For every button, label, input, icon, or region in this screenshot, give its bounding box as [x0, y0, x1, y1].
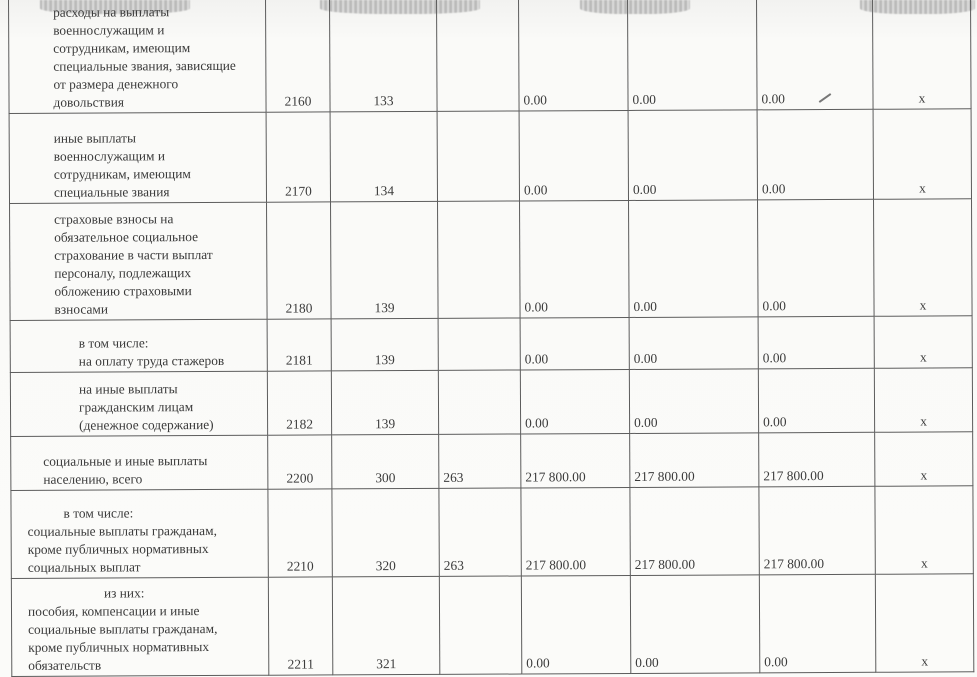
- row-amount-1: 0.00: [520, 369, 629, 434]
- row-analytic-code: [438, 201, 521, 318]
- description-line: сотрудникам, имеющим: [14, 165, 262, 184]
- row-mark: x: [874, 199, 973, 316]
- description-line: страховые взносы на: [14, 210, 262, 229]
- description-line: пособия, компенсации и иные: [16, 602, 264, 621]
- row-amount-3: 0.00: [758, 316, 874, 369]
- description-line: в том числе:: [15, 504, 263, 523]
- description-line: взносами: [14, 300, 262, 319]
- scanned-page: расходы на выплатывоеннослужащим исотруд…: [0, 0, 977, 677]
- description-line: специальные звания: [14, 183, 262, 202]
- table-row: в том числе:на оплату труда стажеров 218…: [10, 316, 972, 373]
- row-kosgu-code: 133: [329, 0, 437, 112]
- row-amount-3: 217 800.00: [759, 432, 875, 487]
- row-amount-1: 217 800.00: [521, 433, 630, 488]
- description-line: от размера денежного: [13, 75, 261, 94]
- row-amount-1: 0.00: [518, 0, 628, 111]
- row-analytic-code: 263: [439, 434, 521, 488]
- row-amount-2: 0.00: [628, 110, 757, 201]
- row-kosgu-code: 300: [332, 434, 439, 489]
- row-amount-2: 217 800.00: [630, 487, 759, 576]
- description-line: страхование в части выплат: [14, 246, 262, 265]
- row-amount-2: 0.00: [627, 0, 757, 110]
- row-line-code: 2160: [265, 0, 330, 112]
- row-description: на иные выплатыгражданским лицам(денежно…: [10, 371, 267, 436]
- description-line: обложению страховыми: [14, 282, 262, 301]
- row-amount-1: 217 800.00: [521, 487, 630, 576]
- row-amount-3: 0.00: [759, 574, 875, 673]
- description-line: из них:: [16, 584, 264, 603]
- row-line-code: 2181: [267, 319, 331, 371]
- financial-plan-table: расходы на выплатывоеннослужащим исотруд…: [8, 0, 974, 677]
- row-kosgu-code: 139: [331, 201, 439, 319]
- description-line: кроме публичных нормативных: [16, 540, 264, 559]
- row-description: в том числе:на оплату труда стажеров: [10, 319, 267, 372]
- row-analytic-code: [439, 576, 521, 674]
- row-kosgu-code: 139: [331, 370, 438, 435]
- row-line-code: 2211: [268, 577, 332, 675]
- description-line: на оплату труда стажеров: [15, 352, 263, 371]
- description-line: социальные выплаты гражданам,: [16, 522, 264, 541]
- table-row: социальные и иные выплатынаселению, всег…: [11, 432, 973, 491]
- row-amount-3: 0.00: [757, 109, 873, 200]
- description-line: персоналу, подлежащих: [14, 264, 262, 283]
- row-amount-2: 0.00: [630, 575, 759, 674]
- description-line: (денежное содержание): [15, 416, 263, 435]
- row-amount-3: 217 800.00: [759, 486, 875, 575]
- row-amount-3: 0.00: [756, 0, 873, 110]
- row-amount-1: 0.00: [519, 110, 628, 201]
- row-description: из них:пособия, компенсации и иныесоциал…: [11, 577, 268, 676]
- table-row: на иные выплатыгражданским лицам(денежно…: [10, 368, 972, 437]
- description-line: кроме публичных нормативных: [16, 638, 264, 657]
- row-analytic-code: [438, 370, 520, 434]
- row-amount-2: 0.00: [629, 317, 758, 370]
- row-mark: x: [875, 432, 973, 486]
- description-line: военнослужащим и: [14, 147, 262, 166]
- description-line: обязательств: [16, 656, 264, 675]
- row-mark: x: [875, 486, 973, 574]
- row-description: расходы на выплатывоеннослужащим исотруд…: [9, 0, 267, 113]
- row-mark: x: [875, 574, 973, 672]
- row-amount-2: 217 800.00: [630, 433, 759, 488]
- description-line: в том числе:: [15, 334, 263, 353]
- row-analytic-code: [438, 318, 520, 370]
- description-line: обязательное социальное: [14, 228, 262, 247]
- description-line: населению, всего: [15, 470, 263, 489]
- row-description: страховые взносы наобязательное социальн…: [10, 202, 268, 320]
- description-line: военнослужащим и: [13, 21, 261, 40]
- row-description: социальные и иные выплатынаселению, всег…: [11, 435, 268, 490]
- table-row: из них:пособия, компенсации и иныесоциал…: [11, 574, 973, 677]
- description-line: на иные выплаты: [15, 380, 263, 399]
- description-line: специальные звания, зависящие: [13, 57, 261, 76]
- row-description: иные выплатывоеннослужащим исотрудникам,…: [9, 112, 266, 203]
- row-line-code: 2170: [266, 112, 330, 202]
- row-kosgu-code: 321: [332, 576, 439, 675]
- row-amount-2: 0.00: [629, 369, 758, 434]
- row-line-code: 2180: [267, 202, 332, 319]
- description-line: иные выплаты: [14, 129, 262, 148]
- row-kosgu-code: 320: [332, 488, 439, 577]
- row-mark: x: [874, 316, 972, 368]
- row-kosgu-code: 139: [331, 318, 438, 371]
- table-row: иные выплатывоеннослужащим исотрудникам,…: [9, 109, 971, 204]
- row-mark: x: [874, 368, 972, 432]
- row-line-code: 2200: [268, 435, 332, 489]
- row-amount-1: 0.00: [520, 317, 629, 370]
- row-analytic-code: [436, 0, 519, 111]
- row-amount-3: 0.00: [758, 199, 875, 317]
- row-kosgu-code: 134: [330, 111, 437, 202]
- row-amount-3: 0.00: [758, 368, 874, 433]
- row-mark: x: [873, 109, 971, 199]
- description-line: расходы на выплаты: [13, 3, 261, 22]
- description-line: сотрудникам, имеющим: [13, 39, 261, 58]
- row-analytic-code: [437, 111, 519, 201]
- row-amount-1: 0.00: [520, 200, 630, 318]
- description-line: гражданским лицам: [15, 398, 263, 417]
- table-row: в том числе:социальные выплаты гражданам…: [11, 486, 973, 579]
- row-analytic-code: 263: [439, 488, 521, 576]
- description-line: довольствия: [13, 93, 261, 112]
- row-description: в том числе:социальные выплаты гражданам…: [11, 489, 268, 578]
- row-line-code: 2182: [267, 371, 331, 435]
- description-line: социальные выплаты гражданам,: [16, 620, 264, 639]
- row-line-code: 2210: [268, 489, 332, 577]
- row-amount-1: 0.00: [521, 575, 630, 674]
- description-line: социальные и иные выплаты: [15, 452, 263, 471]
- table-row: страховые взносы наобязательное социальн…: [10, 199, 973, 321]
- description-line: социальных выплат: [16, 558, 264, 577]
- row-amount-2: 0.00: [629, 200, 759, 318]
- row-mark: x: [872, 0, 971, 109]
